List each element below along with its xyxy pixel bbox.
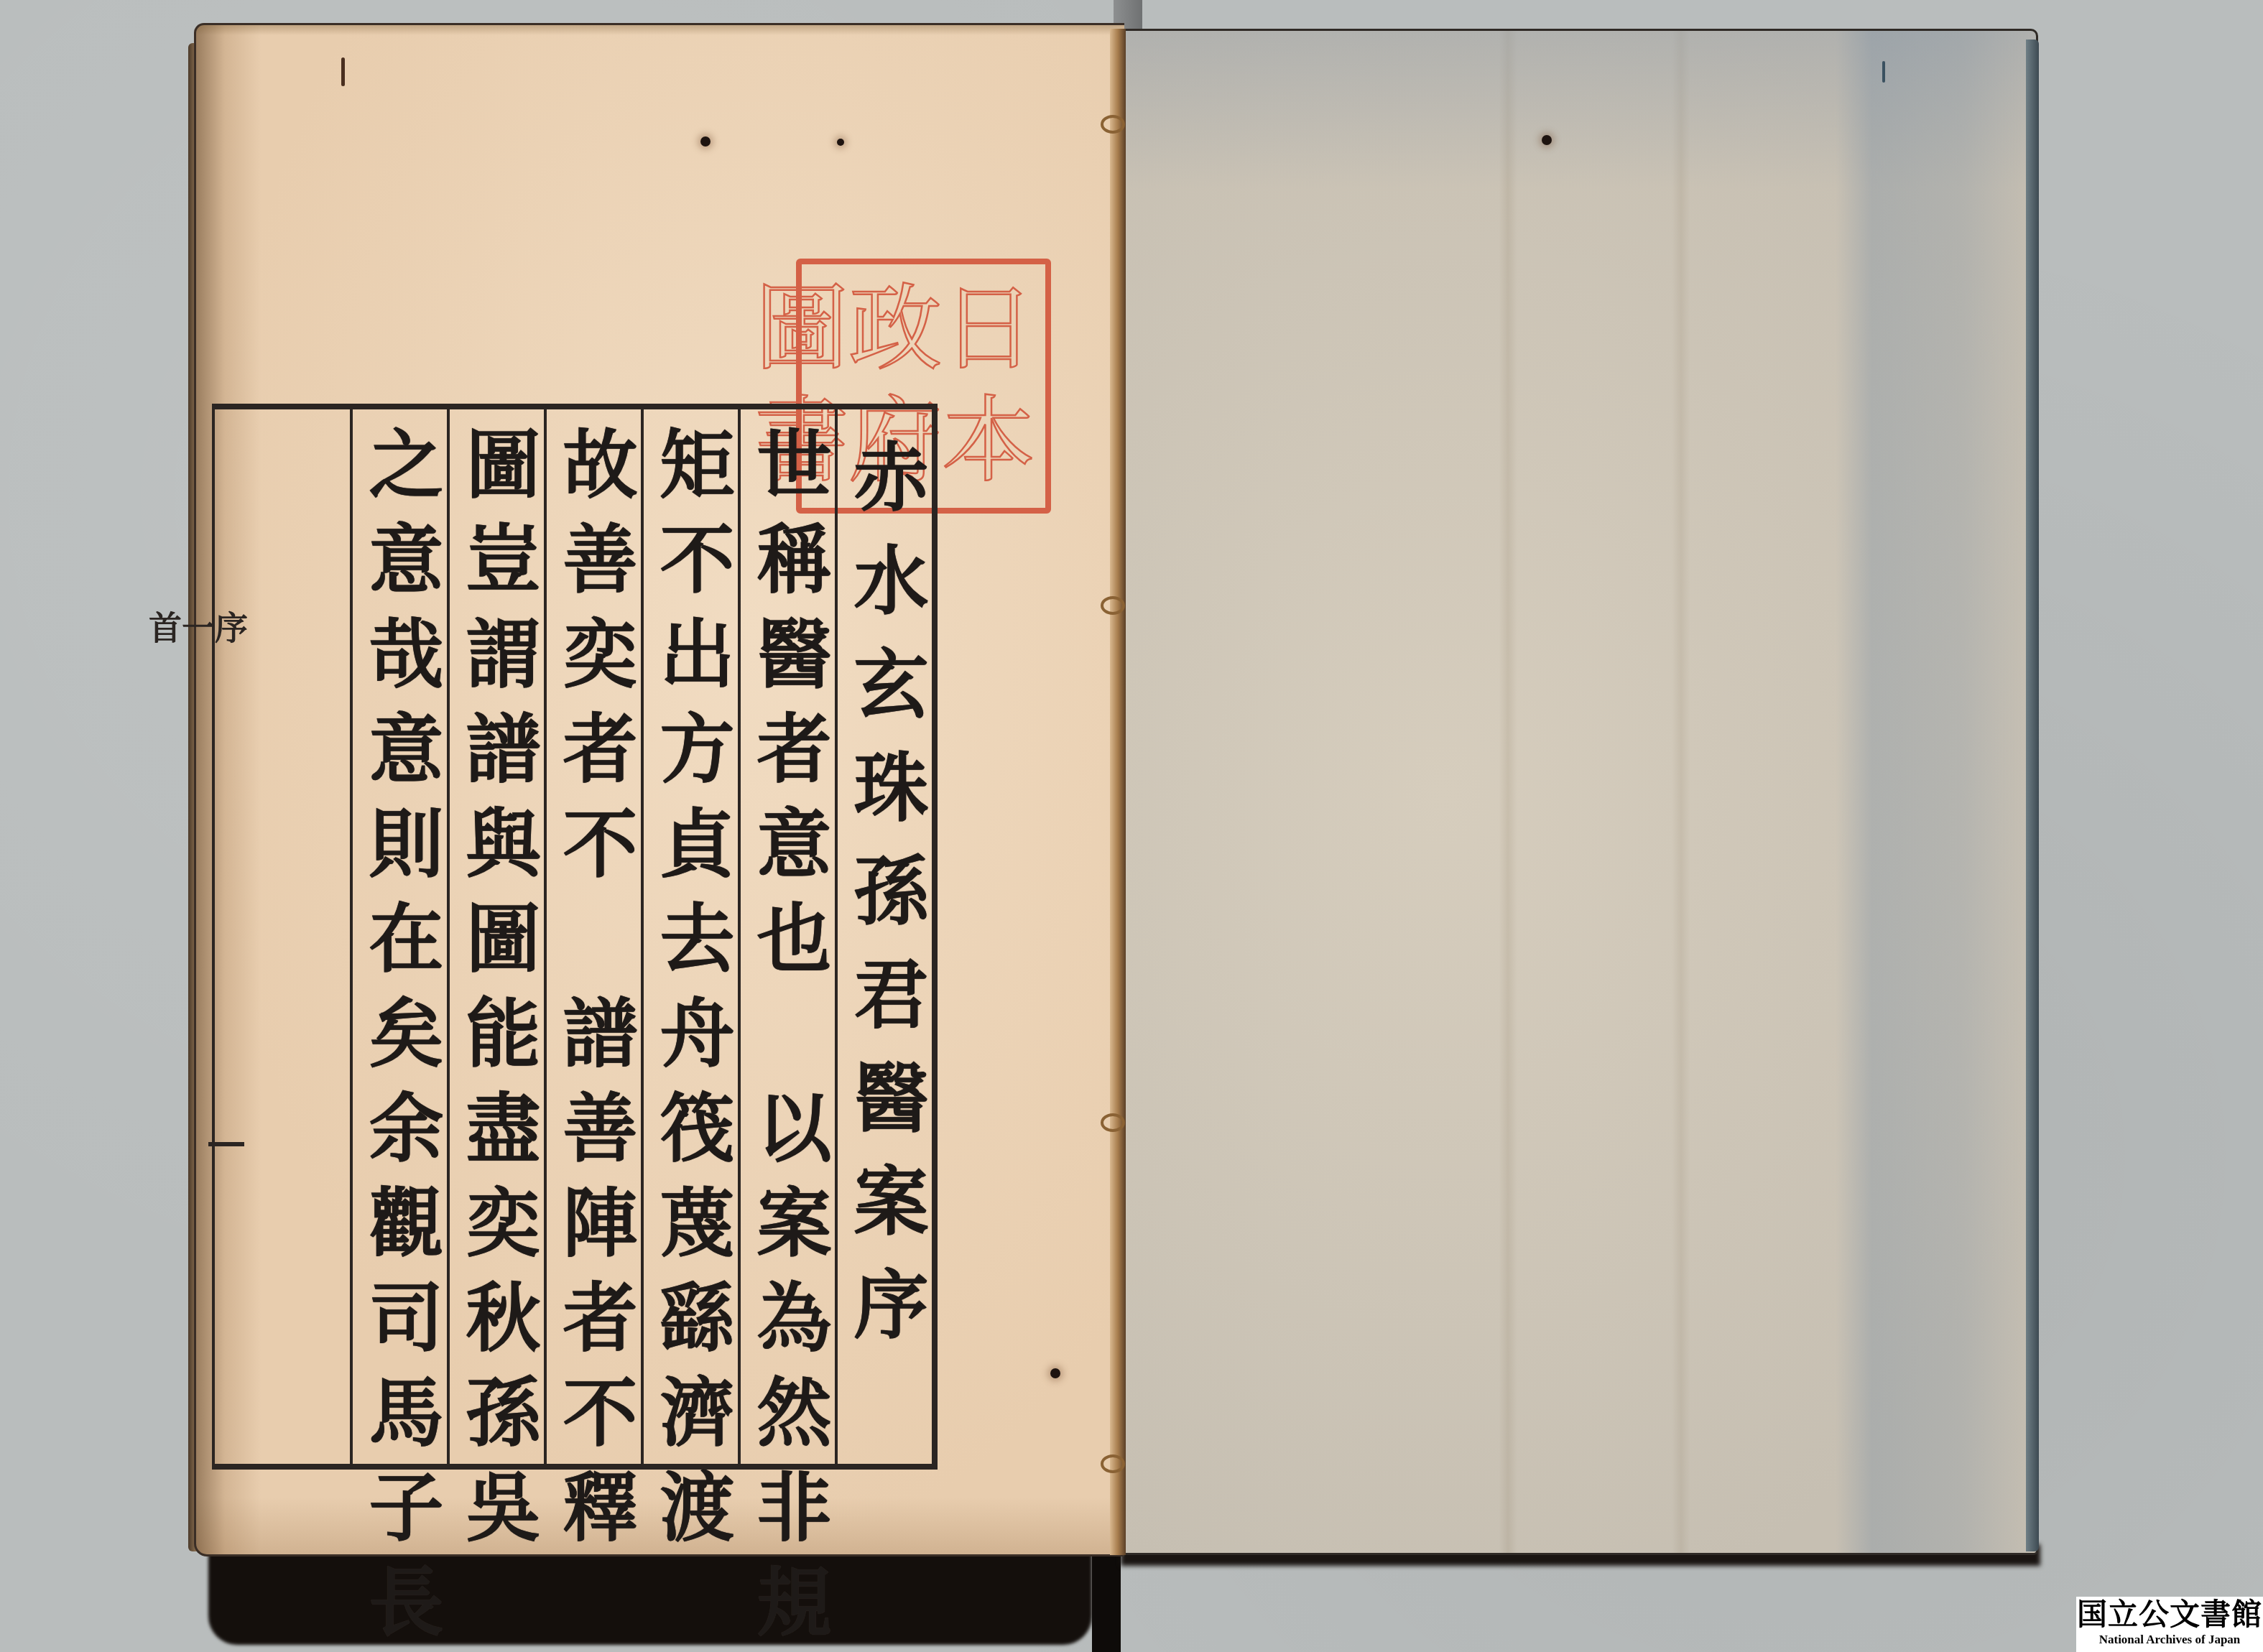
column-text: 之意哉意則在矣余觀司馬子長 xyxy=(363,425,438,1652)
text-column: 世稱醫者意也𦚾以案為然非規 xyxy=(738,409,835,1465)
seal-character: 圖 xyxy=(755,274,848,386)
worm-hole xyxy=(700,136,711,147)
stitch-loop xyxy=(1101,115,1125,134)
text-columns: 赤水玄珠孫君醫案序 世稱醫者意也𦚾以案為然非規 矩不出方貞去舟筏蔑繇濟渡 故善奕… xyxy=(251,409,932,1465)
text-column: 矩不出方貞去舟筏蔑繇濟渡 xyxy=(641,409,738,1465)
stitch-loop xyxy=(1101,1454,1125,1473)
column-text: 故善奕者不𩐋譜善陣者不釋 xyxy=(557,425,631,1563)
column-text: 矩不出方貞去舟筏蔑繇濟渡 xyxy=(654,425,728,1563)
text-column: 之意哉意則在矣余觀司馬子長 xyxy=(350,409,447,1465)
worm-hole xyxy=(837,139,844,146)
spine-shadow xyxy=(1092,1544,1121,1652)
text-column: 圖豈謂譜與圖能盡奕秋孫吳 xyxy=(447,409,544,1465)
stitch-loop xyxy=(1101,1113,1125,1132)
preface-title: 赤水玄珠孫君醫案序 xyxy=(848,438,922,1369)
worm-hole xyxy=(1050,1368,1060,1378)
worm-hole xyxy=(1542,135,1552,145)
archive-name-english: National Archives of Japan xyxy=(2076,1633,2263,1647)
seal-character: 本 xyxy=(942,386,1035,498)
right-cover-edge xyxy=(2026,40,2039,1551)
archive-watermark-logo: 国立公文書館 National Archives of Japan xyxy=(2076,1597,2263,1652)
binding-thread xyxy=(1110,29,1126,1555)
right-page-cover xyxy=(1126,29,2038,1555)
ink-mark xyxy=(1882,61,1885,83)
text-column-title: 赤水玄珠孫君醫案序 xyxy=(835,409,932,1465)
archive-name-japanese: 国立公文書館 xyxy=(2076,1597,2263,1633)
text-column: 故善奕者不𩐋譜善陣者不釋 xyxy=(544,409,641,1465)
margin-page-number-stroke xyxy=(208,1142,244,1146)
column-text: 世稱醫者意也𦚾以案為然非規 xyxy=(751,425,825,1652)
seal-character: 日 xyxy=(942,274,1035,386)
blank-column xyxy=(251,409,350,1465)
column-text: 圖豈謂譜與圖能盡奕秋孫吳 xyxy=(460,425,534,1563)
running-margin-label: 序一首 xyxy=(195,611,246,654)
ink-mark xyxy=(341,57,345,86)
seal-character: 政 xyxy=(848,274,942,386)
stitch-loop xyxy=(1101,596,1125,615)
